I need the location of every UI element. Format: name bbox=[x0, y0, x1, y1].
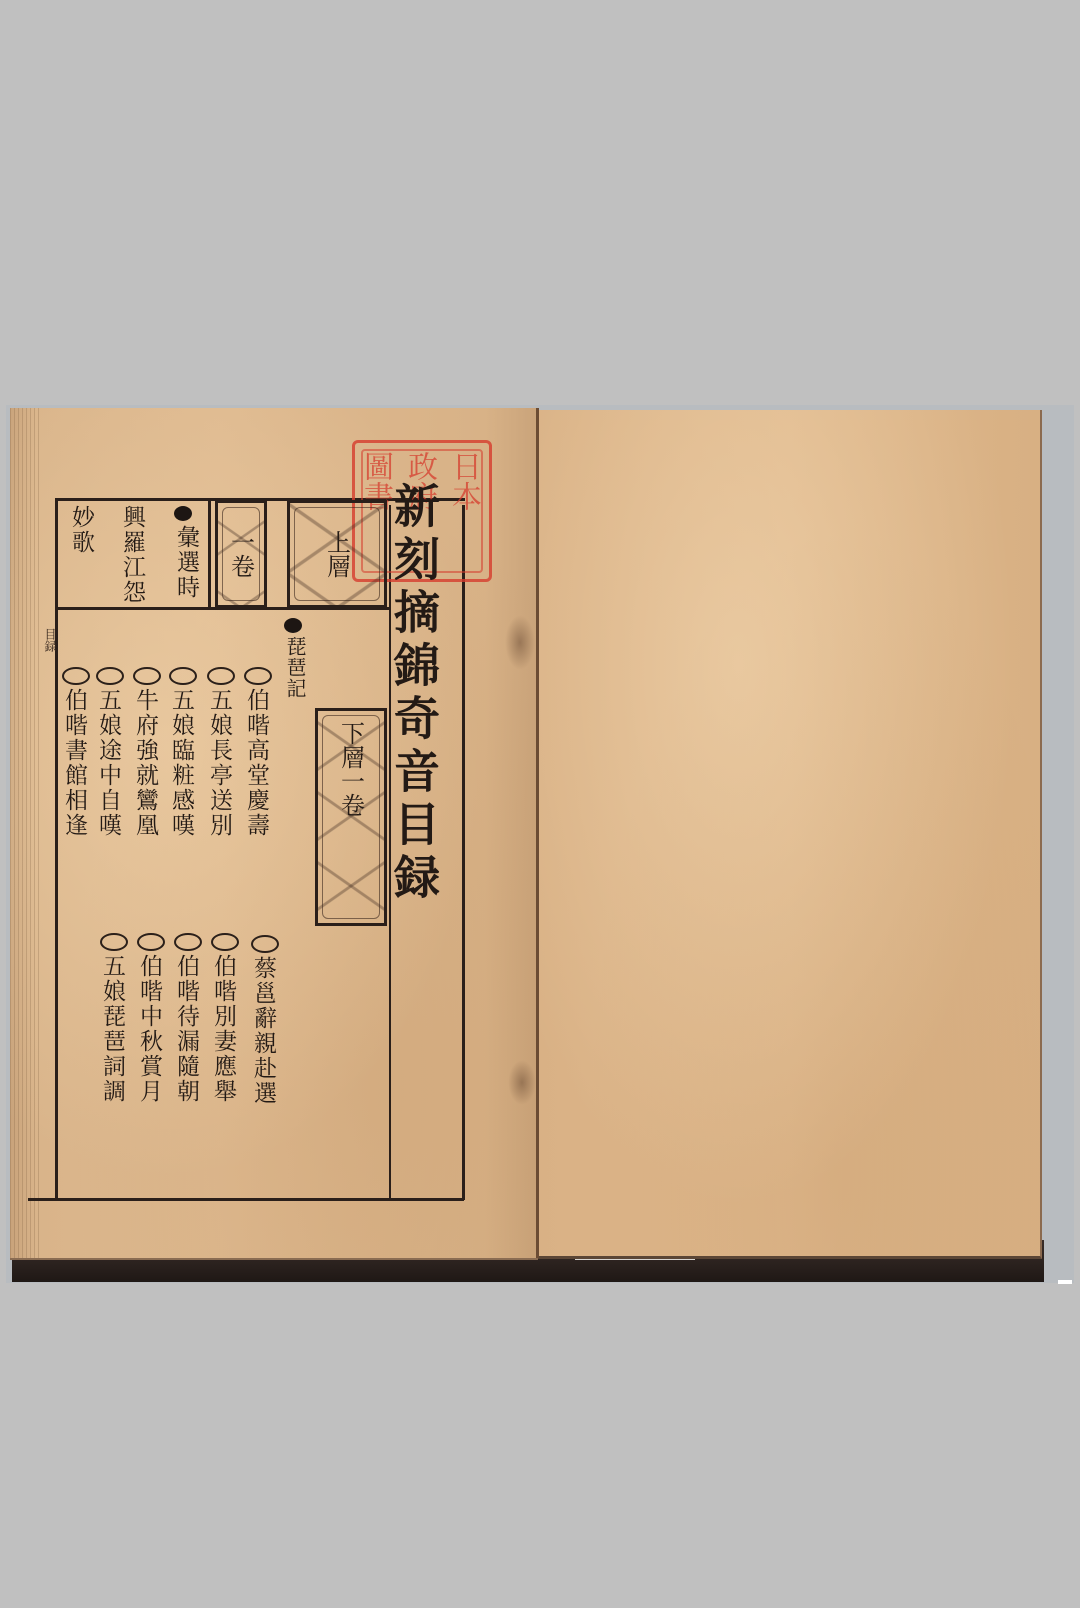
entry-circle-icon bbox=[100, 933, 128, 951]
cartouche-volume-label: 一卷 bbox=[218, 503, 264, 605]
page-edges bbox=[10, 408, 42, 1258]
lower-entry: 五娘琵琶詞調 bbox=[96, 954, 128, 1104]
stain bbox=[508, 1060, 536, 1105]
lower-entry: 五娘長亭送別 bbox=[203, 688, 235, 838]
entry-circle-icon bbox=[137, 933, 165, 951]
frame-outer-left bbox=[55, 498, 58, 1200]
entry-circle-icon bbox=[174, 933, 202, 951]
cartouche-lower-layer: 下層一卷 bbox=[315, 708, 387, 926]
upper-box-divider bbox=[208, 498, 211, 610]
book-gutter bbox=[536, 408, 539, 1258]
lower-entry: 蔡邕辭親赴選 bbox=[247, 956, 279, 1106]
section-marker-icon bbox=[174, 506, 192, 521]
frame-bottom bbox=[28, 1198, 464, 1201]
play-title: 琵琶記 bbox=[281, 636, 310, 699]
lower-entry: 伯喈書館相逢 bbox=[58, 688, 90, 838]
seal-column-1: 日本 bbox=[447, 451, 483, 511]
page-title: 新刻摘錦奇音目録 bbox=[388, 482, 440, 906]
entry-circle-icon bbox=[251, 935, 279, 953]
entry-circle-icon bbox=[133, 667, 161, 685]
lower-entry: 伯喈別妻應舉 bbox=[207, 954, 239, 1104]
lower-entry: 伯喈中秋賞月 bbox=[133, 954, 165, 1104]
entry-circle-icon bbox=[96, 667, 124, 685]
play-marker-icon bbox=[284, 618, 302, 633]
lower-entry: 五娘途中自嘆 bbox=[92, 688, 124, 838]
frame-right bbox=[462, 505, 465, 1200]
upper-entry: 彙選時 bbox=[170, 525, 202, 600]
lower-entry: 五娘臨粧感嘆 bbox=[165, 688, 197, 838]
entry-circle-icon bbox=[169, 667, 197, 685]
cartouche-upper-layer: 上層 bbox=[287, 500, 387, 608]
entry-circle-icon bbox=[211, 933, 239, 951]
scan-marker bbox=[1058, 1280, 1072, 1284]
entry-circle-icon bbox=[207, 667, 235, 685]
fold-label: 目録 bbox=[42, 628, 59, 652]
upper-entry: 妙歌 bbox=[65, 505, 97, 555]
lower-entry: 伯喈高堂慶壽 bbox=[240, 688, 272, 838]
cartouche-lower-label: 下層一卷 bbox=[318, 711, 384, 923]
lower-entry: 牛府強就鸞凰 bbox=[129, 688, 161, 838]
lower-entry: 伯喈待漏隨朝 bbox=[170, 954, 202, 1104]
cartouche-volume: 一卷 bbox=[215, 500, 267, 608]
stain bbox=[505, 615, 535, 670]
cartouche-upper-label: 上層 bbox=[290, 503, 384, 605]
entry-circle-icon bbox=[62, 667, 90, 685]
right-page-blank bbox=[538, 410, 1042, 1259]
upper-entry: 興羅江怨 bbox=[116, 505, 148, 605]
entry-circle-icon bbox=[244, 667, 272, 685]
